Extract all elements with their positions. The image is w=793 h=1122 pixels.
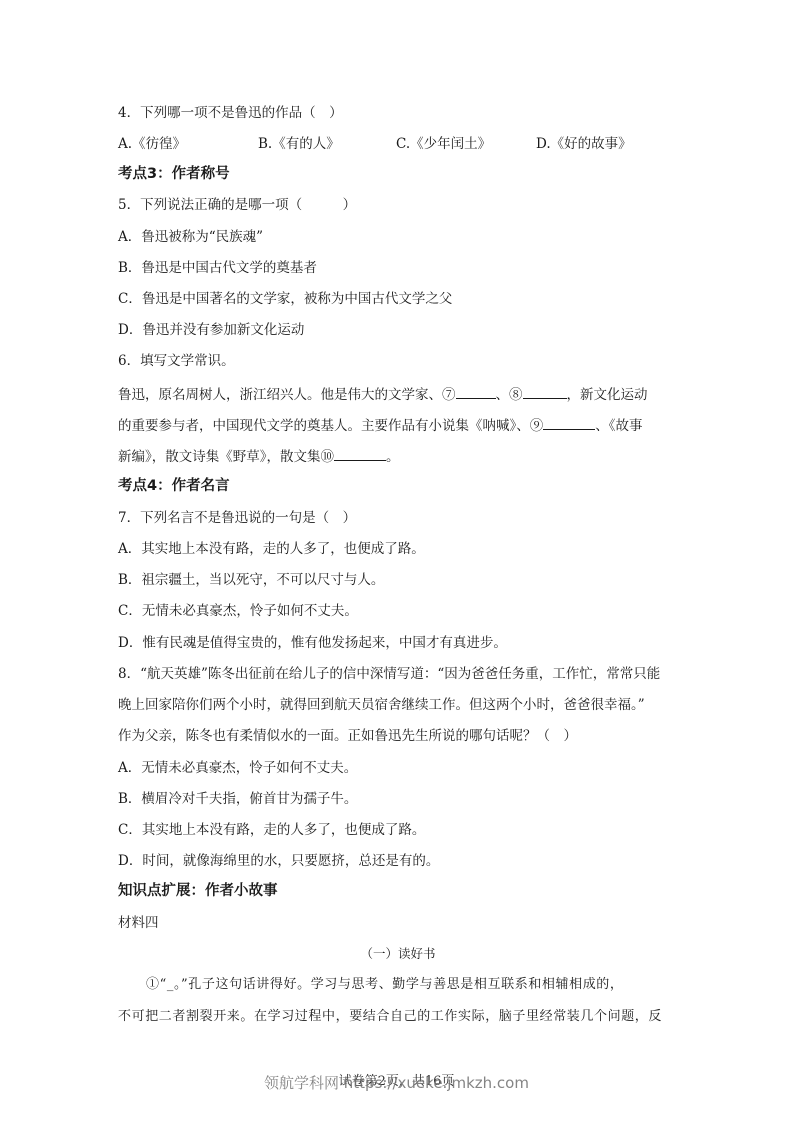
blank-8[interactable] xyxy=(523,384,567,399)
q5-option-b: B．鲁迅是中国古代文学的奠基者 xyxy=(118,259,317,277)
q7-option-b: B．祖宗疆土，当以死守，不可以尺寸与人。 xyxy=(118,571,384,589)
question-4-stem: 4．下列哪一项不是鲁迅的作品（ ） xyxy=(118,104,343,122)
material-paragraph-line-1: ①“_。”孔子这句话讲得好。学习与思考、勤学与善思是相互联系和相辅相成的， xyxy=(146,976,624,994)
q4-option-d: D.《好的故事》 xyxy=(536,135,632,153)
q6-line-2: 的重要参与者，中国现代文学的奠基人。主要作品有小说集《呐喊》、⑨、《故事 xyxy=(118,415,643,435)
q6-text: 新编》，散文诗集《野草》，散文集⑩ xyxy=(118,449,334,465)
q4-option-a: A.《彷徨》 xyxy=(118,135,258,153)
question-8-stem-line-3: 作为父亲，陈冬也有柔情似水的一面。正如鲁迅先生所说的哪句话呢？（ ） xyxy=(118,727,577,745)
blank-10[interactable] xyxy=(334,446,386,461)
q6-text: 。 xyxy=(386,449,400,465)
q6-text: 、⑧ xyxy=(496,387,523,403)
question-8-stem-line-2: 晚上回家陪你们两个小时，就得回到航天员宿舍继续工作。但这两个小时，爸爸很幸福。” xyxy=(118,696,645,714)
q6-text: 鲁迅，原名周树人，浙江绍兴人。他是伟大的文学家、⑦ xyxy=(118,387,456,403)
q6-line-3: 新编》，散文诗集《野草》，散文集⑩。 xyxy=(118,446,400,466)
question-8-stem-line-1: 8．“航天英雄”陈冬出征前在给儿子的信中深情写道：“因为爸爸任务重，工作忙，常常… xyxy=(118,665,660,683)
extension-heading: 知识点扩展：作者小故事 xyxy=(118,882,278,900)
q6-text: ，新文化运动 xyxy=(567,387,648,403)
section-3-heading: 考点3：作者称号 xyxy=(118,165,230,183)
q7-option-c: C．无情未必真豪杰，怜子如何不丈夫。 xyxy=(118,602,358,620)
q8-option-d: D．时间，就像海绵里的水，只要愿挤，总还是有的。 xyxy=(118,852,439,870)
q7-option-a: A．其实地上本没有路，走的人多了，也便成了路。 xyxy=(118,540,425,558)
q6-text: 、《故事 xyxy=(595,418,642,434)
q8-option-a: A．无情未必真豪杰，怜子如何不丈夫。 xyxy=(118,759,357,777)
q6-line-1: 鲁迅，原名周树人，浙江绍兴人。他是伟大的文学家、⑦、⑧，新文化运动 xyxy=(118,384,648,404)
watermark: 领航学科网 https://xueke.jmkzh.com xyxy=(0,1072,793,1093)
q5-option-c: C．鲁迅是中国著名的文学家，被称为中国古代文学之父 xyxy=(118,290,452,308)
material-paragraph-line-2: 不可把二者割裂开来。在学习过程中，要结合自己的工作实际，脑子里经常装几个问题，反 xyxy=(118,1008,662,1026)
q4-option-c: C.《少年闰土》 xyxy=(396,135,536,153)
q8-option-c: C．其实地上本没有路，走的人多了，也便成了路。 xyxy=(118,821,425,839)
question-4-options: A.《彷徨》 B.《有的人》 C.《少年闰土》 D.《好的故事》 xyxy=(118,135,632,153)
section-4-heading: 考点4：作者名言 xyxy=(118,477,230,495)
question-6-stem: 6．填写文学常识。 xyxy=(118,352,235,370)
blank-7[interactable] xyxy=(456,384,496,399)
q8-option-b: B．横眉冷对千夫指，俯首甘为孺子牛。 xyxy=(118,790,357,808)
q4-option-b: B.《有的人》 xyxy=(258,135,396,153)
question-7-stem: 7．下列名言不是鲁迅说的一句是（ ） xyxy=(118,509,356,527)
q7-option-d: D．惟有民魂是值得宝贵的，惟有他发扬起来，中国才有真进步。 xyxy=(118,634,507,652)
q5-option-a: A．鲁迅被称为“民族魂” xyxy=(118,228,263,246)
q5-option-d: D．鲁迅并没有参加新文化运动 xyxy=(118,321,304,339)
blank-9[interactable] xyxy=(543,415,595,430)
material-label: 材料四 xyxy=(118,914,159,932)
q6-text: 的重要参与者，中国现代文学的奠基人。主要作品有小说集《呐喊》、⑨ xyxy=(118,418,543,434)
material-subtitle: （一）读好书 xyxy=(118,945,678,963)
question-5-stem: 5．下列说法正确的是哪一项（ ） xyxy=(118,196,356,214)
